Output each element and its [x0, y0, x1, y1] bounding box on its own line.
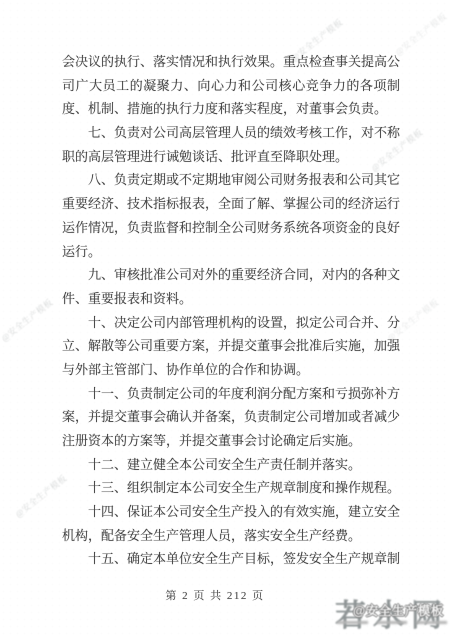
text-line: 与外部主管部门、协作单位的合作和协调。: [62, 358, 400, 382]
text-line: 运作情况，负责监督和控制全公司财务系统各项资金的良好: [62, 216, 400, 240]
text-line: 八、负责定期或不定期地审阅公司财务报表和公司其它: [62, 168, 400, 192]
text-line: 十三、组织制定本公司安全生产规章制度和操作规程。: [62, 476, 400, 500]
document-lines: 会决议的执行、落实情况和执行效果。重点检查事关提高公司广大员工的凝聚力、向心力和…: [62, 50, 400, 571]
text-line: 机构，配备安全生产管理人员，落实安全生产经费。: [62, 524, 400, 548]
text-line: 十、决定公司内部管理机构的设置，拟定公司合并、分: [62, 311, 400, 335]
watermark-text: @安全生产模板: [0, 296, 55, 344]
text-line: 司广大员工的凝聚力、向心力和公司核心竞争力的各项制: [62, 74, 400, 98]
text-line: 重要经济、技术指标报表，全面了解、掌握公司的经济运行: [62, 192, 400, 216]
text-line: 立、解散等公司重要方案，并提交董事会批准后实施，加强: [62, 334, 400, 358]
watermark-text: @安全生产模板: [13, 472, 70, 520]
text-line: 七、负责对公司高层管理人员的绩效考核工作，对不称: [62, 121, 400, 145]
text-line: 十一、负责制定公司的年度利润分配方案和亏损弥补方: [62, 382, 400, 406]
logo-overlay-handle: @安全生产模板: [353, 601, 444, 619]
logo-tagline-segment: [337, 621, 368, 624]
text-line: 九、审核批准公司对外的重要经济合同，对内的各种文: [62, 263, 400, 287]
logo-tagline-segment: [416, 621, 447, 624]
text-line: 十四、保证本公司安全生产投入的有效实施，建立安全: [62, 500, 400, 524]
text-line: 件、重要报表和资料。: [62, 287, 400, 311]
logo-tagline-segment: [377, 621, 408, 624]
text-line: 度、机制、措施的执行力度和落实程度，对董事会负责。: [62, 97, 400, 121]
scanned-document-page: @安全生产模板 @安全生产模板 @安全生产模板 @安全生产模板 @安全生产模板 …: [0, 0, 450, 636]
logo-tagline: [337, 621, 447, 624]
text-line: 十五、确定本单位安全生产目标，签发安全生产规章制: [62, 547, 400, 571]
text-line: 会决议的执行、落实情况和执行效果。重点检查事关提高公: [62, 50, 400, 74]
text-line: 案，并提交董事会确认并备案，负责制定公司增加或者减少: [62, 405, 400, 429]
text-line: 十二、建立健全本公司安全生产责任制并落实。: [62, 453, 400, 477]
text-line: 职的高层管理进行诫勉谈话、批评直至降职处理。: [62, 145, 400, 169]
brand-logo: 若水网 @安全生产模板: [333, 584, 450, 636]
text-line: 注册资本的方案等，并提交董事会讨论确定后实施。: [62, 429, 400, 453]
watermark-text: @安全生产模板: [393, 10, 450, 58]
text-line: 运行。: [62, 240, 400, 264]
